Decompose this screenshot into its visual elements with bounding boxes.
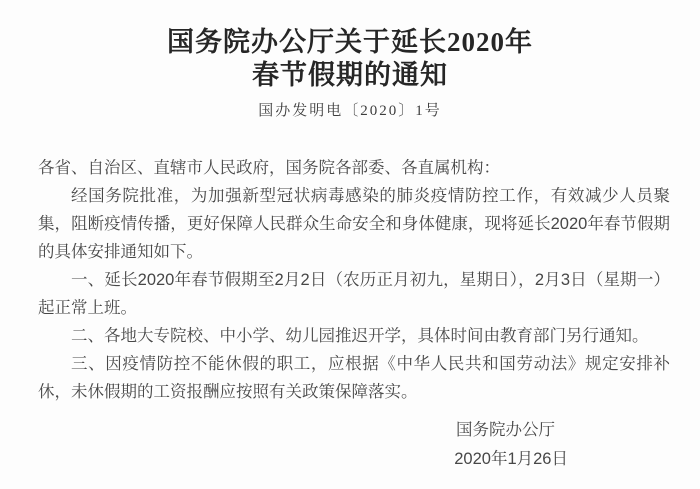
paragraph-item-1: 一、延长2020年春节假期至2月2日（农历正月初九，星期日），2月3日（星期一）… [38, 266, 670, 322]
notice-document: 国务院办公厅关于延长2020年 春节假期的通知 国办发明电〔2020〕1号 各省… [0, 0, 700, 489]
paragraph-item-2: 二、各地大专院校、中小学、幼儿园推迟开学，具体时间由教育部门另行通知。 [38, 322, 670, 350]
signature-block: 国务院办公厅 2020年1月26日 [0, 416, 700, 474]
title-line-2: 春节假期的通知 [252, 60, 448, 90]
salutation-line: 各省、自治区、直辖市人民政府，国务院各部委、各直属机构： [38, 154, 670, 182]
document-number: 国办发明电〔2020〕1号 [0, 102, 700, 120]
issue-date: 2020年1月26日 [0, 445, 568, 474]
title-line-1: 国务院办公厅关于延长2020年 [167, 27, 533, 57]
document-title: 国务院办公厅关于延长2020年 春节假期的通知 [0, 0, 700, 92]
paragraph-intro: 经国务院批准，为加强新型冠状病毒感染的肺炎疫情防控工作，有效减少人员聚集，阻断疫… [38, 182, 670, 266]
paragraph-item-3: 三、因疫情防控不能休假的职工，应根据《中华人民共和国劳动法》规定安排补休，未休假… [38, 350, 670, 406]
issuing-agency: 国务院办公厅 [0, 416, 568, 445]
document-body: 各省、自治区、直辖市人民政府，国务院各部委、各直属机构： 经国务院批准，为加强新… [0, 120, 700, 406]
